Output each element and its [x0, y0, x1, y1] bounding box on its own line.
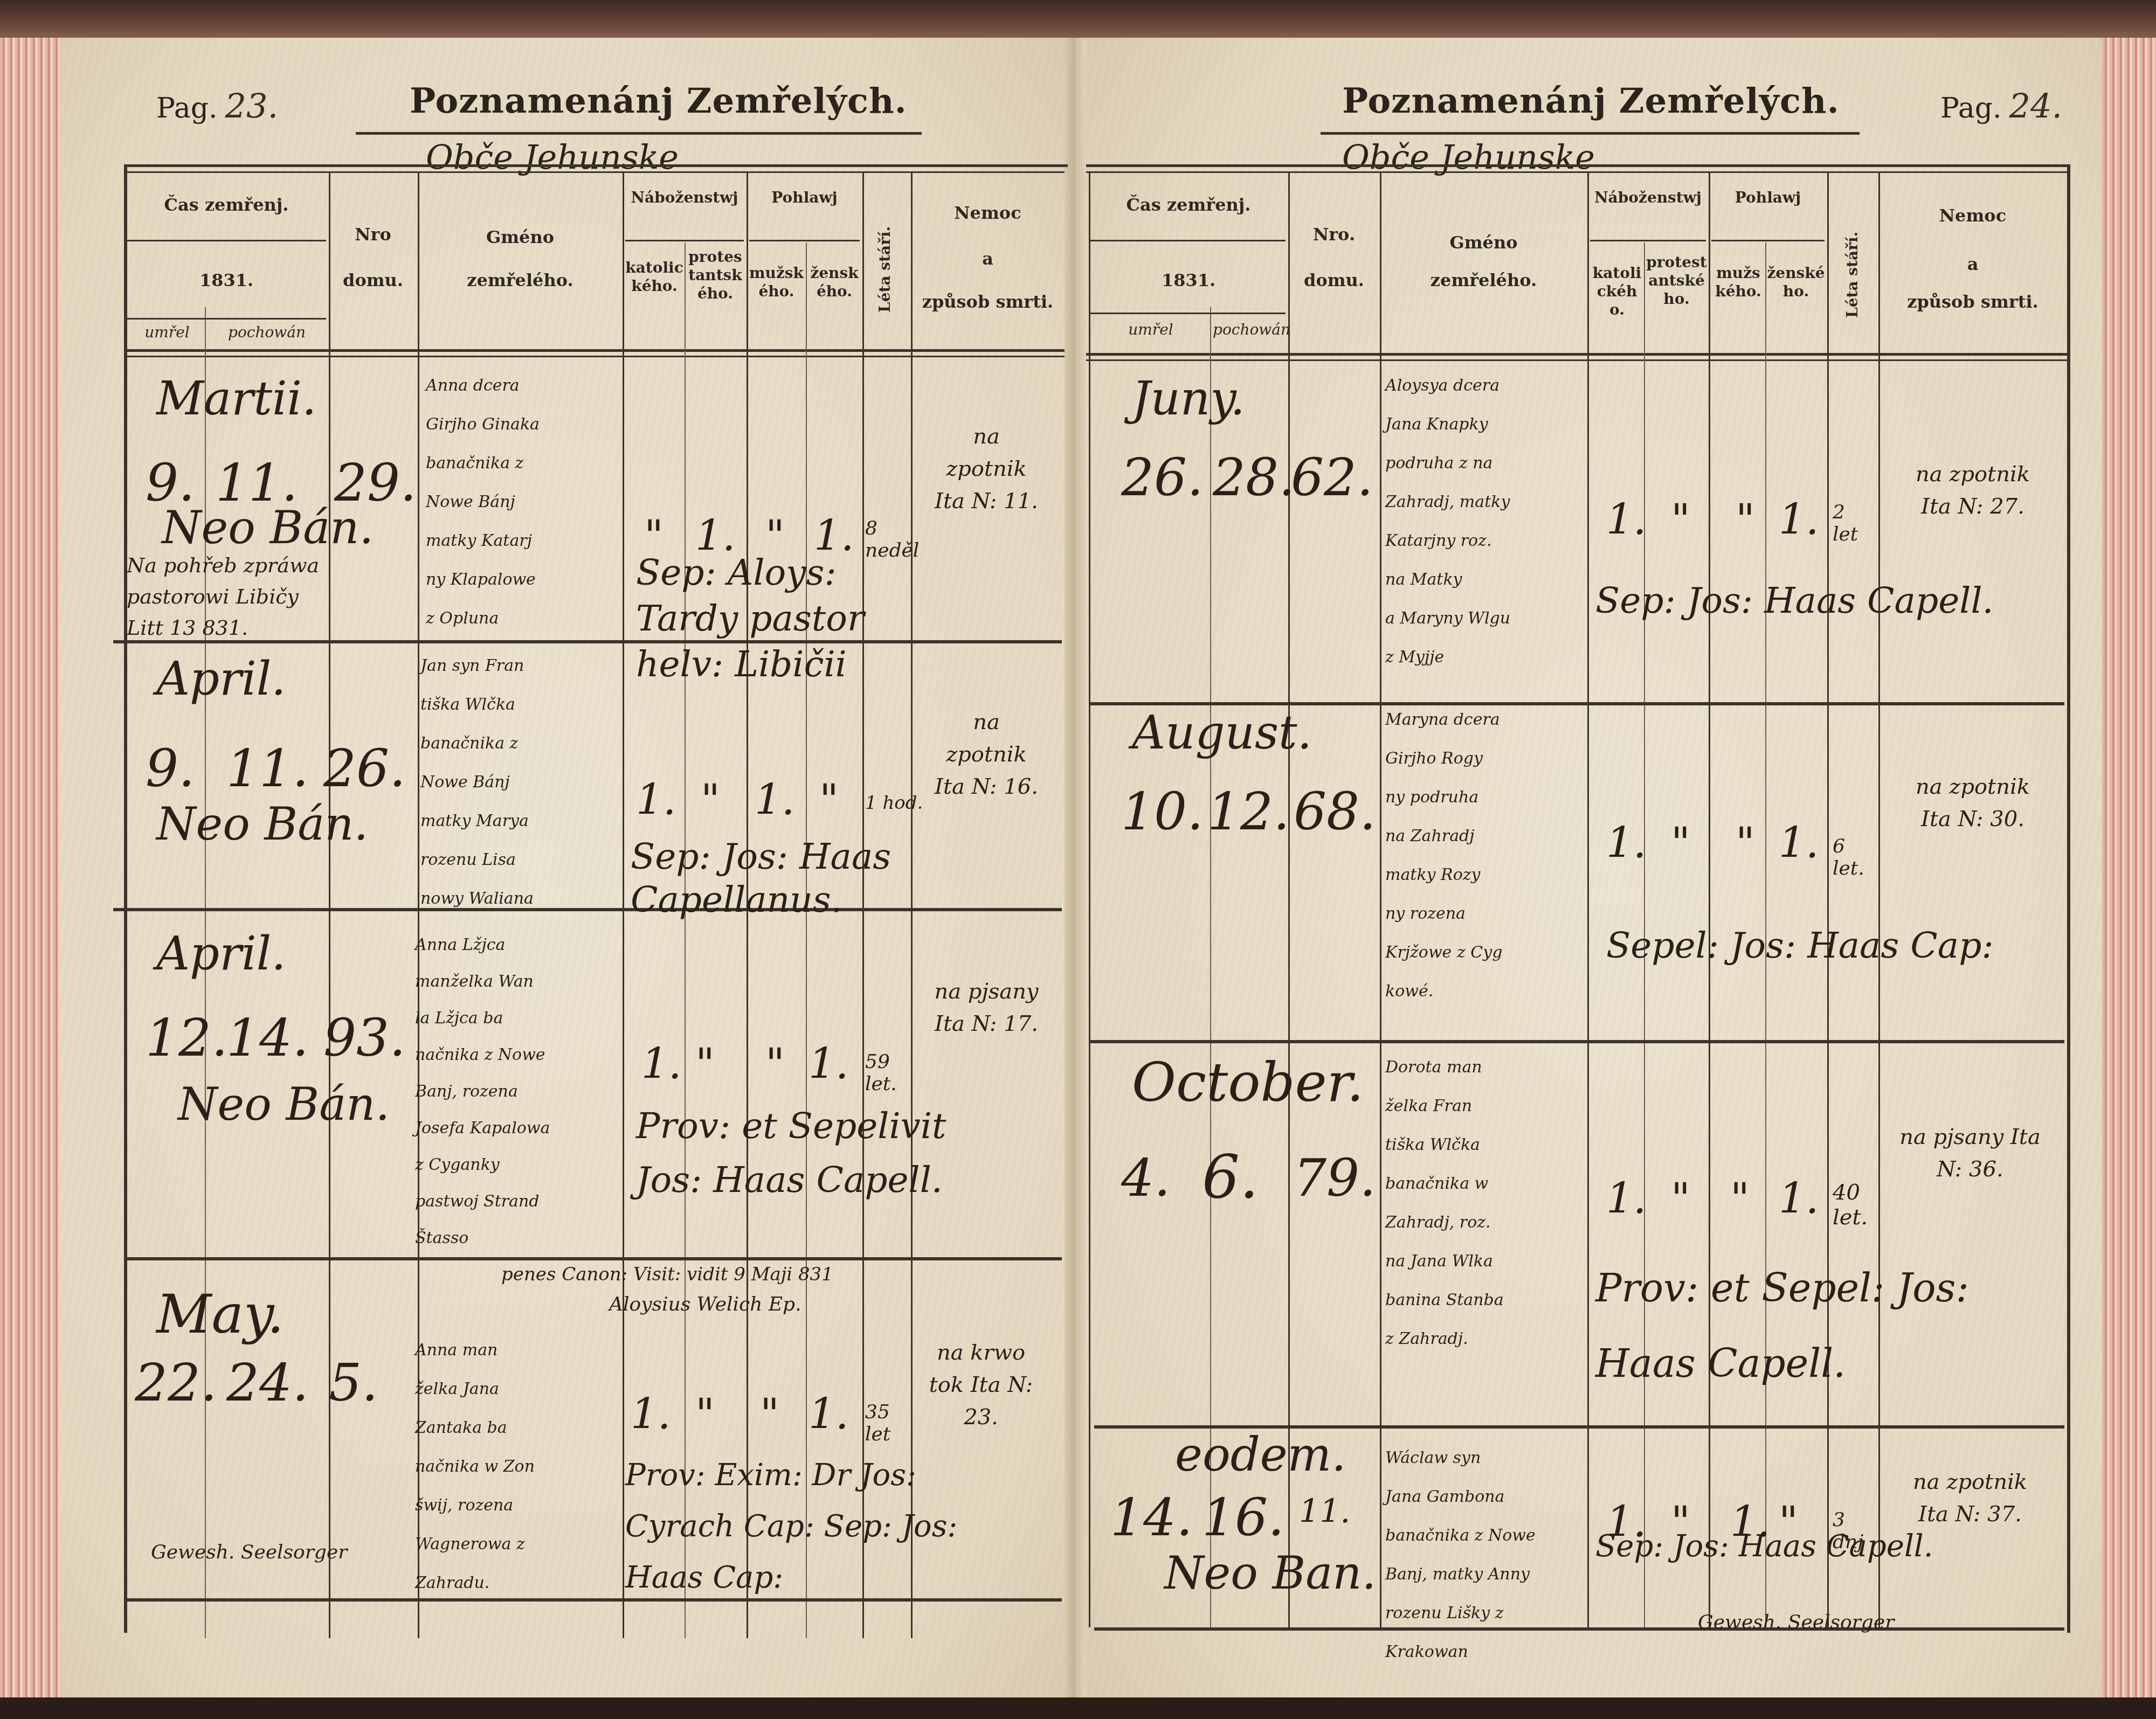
name-line: Nowe Bánj [426, 483, 588, 522]
header-name: Gméno [1383, 232, 1585, 253]
header-male: mužského. [1711, 264, 1765, 301]
entry-signature: Sep: Aloys: Tardy pastor helv: Libičii [636, 550, 938, 687]
entry-cause: na krwo tok Ita N: 23. [927, 1336, 1035, 1433]
entry-catholic: 1. [1606, 496, 1646, 544]
entry-died-day: 9. [146, 738, 195, 799]
name-line: Jan syn Fran [420, 647, 582, 685]
entry-buried-day: 11. [226, 738, 309, 799]
entry-female: " [819, 776, 839, 824]
entry-month: Martii. [156, 372, 316, 426]
name-line: Aloysya dcera [1385, 366, 1547, 405]
visitation-note: penes Canon: Visit: vidit 9 Maji 831 [501, 1264, 833, 1285]
name-line: Krjžowe z Cyg [1385, 933, 1547, 972]
header-cause-manner: způsob smrti. [914, 291, 1062, 313]
entry-died-day: 14. [1110, 1487, 1193, 1548]
entry-month: April. [156, 927, 286, 981]
book-gutter [1065, 38, 1086, 1700]
name-line: kowé. [1385, 972, 1547, 1011]
entry-male: " [765, 1040, 785, 1089]
entry-house-no: 26. [323, 738, 406, 799]
header-house-no: Nro [330, 224, 416, 245]
name-line: šwij, rozena [415, 1486, 577, 1525]
header-name-deceased: zemřelého. [1383, 269, 1585, 291]
entry-signature: Sep: Jos: Haas Capell. [1595, 577, 2059, 625]
name-line: tiška Wlčka [1385, 1126, 1547, 1165]
entry-cause: na zpotnik Ita N: 27. [1903, 458, 2043, 523]
col-line [806, 242, 807, 1638]
entry-signature: Prov: et Sepel: Jos: Haas Capell. [1595, 1250, 2059, 1401]
name-line: z Myjje [1385, 638, 1547, 677]
book-cover-top [0, 0, 2156, 43]
col-line [1709, 172, 1710, 1627]
name-line: Anna man [415, 1331, 577, 1370]
name-line: načnika w Zon [415, 1447, 577, 1486]
entry-female: 1. [1779, 819, 1819, 868]
col-line [1288, 172, 1290, 1627]
entry-buried-day: 16. [1202, 1487, 1284, 1548]
entry-name: Wáclaw syn Jana Gambona banačnika z Nowe… [1385, 1439, 1547, 1672]
name-line: Jana Gambona [1385, 1478, 1547, 1516]
entry-place: Neo Bán. [162, 501, 374, 554]
entry-cause: na zpotnik Ita N: 16. [932, 706, 1040, 803]
entry-male: " [760, 1390, 779, 1439]
entry-cause: na zpotnik Ita N: 30. [1903, 771, 2043, 835]
header-time-of-death: Čas zemřenj. [1091, 194, 1286, 216]
col-line [1587, 172, 1589, 1627]
entry-signature: Prov: et Sepelivit Jos: Haas Capell. [636, 1099, 959, 1207]
entry-died-day: 22. [135, 1353, 217, 1413]
pag-label: Pag. [1940, 92, 2001, 124]
header-religion: Náboženstwj [625, 189, 744, 207]
name-line: manželka Wan [415, 964, 577, 1000]
entry-margin-note: Gewesh. Seelsorger [151, 1541, 347, 1563]
entry-month: eodem. [1175, 1428, 1346, 1482]
header-protestant: protestantského. [686, 248, 745, 303]
col-line [329, 172, 330, 1638]
page-title-left: Poznamenánj Zemřelých. [410, 81, 907, 121]
header-cause: Nemoc [1881, 205, 2064, 226]
sub-rule [127, 240, 326, 241]
sub-rule [1711, 240, 1825, 241]
sub-rule [749, 240, 860, 241]
name-line: banina Stanba [1385, 1281, 1547, 1320]
entry-cause: na zpotnik Ita N: 11. [932, 420, 1040, 517]
name-line: načnika z Nowe [415, 1037, 577, 1073]
header-sex: Pohlawj [749, 189, 860, 207]
name-line: želka Jana [415, 1370, 577, 1409]
entry-name: Jan syn Fran tiška Wlčka banačnika z Now… [420, 647, 582, 918]
entry-margin-note: Na pohřeb zpráwa pastorowi Libičy Litt 1… [127, 550, 326, 643]
name-line: Dorota man [1385, 1048, 1547, 1087]
entry-buried-day: 12. [1207, 781, 1290, 842]
page-label-right: Pag.24. [1940, 86, 2062, 126]
name-line: banačnika z [420, 724, 582, 763]
entry-catholic: 1. [1606, 1175, 1646, 1223]
name-line: banačnika z Nowe [1385, 1516, 1547, 1555]
page-number: 23. [225, 86, 278, 126]
name-line: na Zahradj [1385, 817, 1547, 856]
entry-margin-note: Gewesh. Seelsorger [1698, 1611, 1894, 1633]
entry-male: 1. [755, 776, 794, 824]
sub-rule [1089, 240, 1286, 241]
name-line: Maryna dcera [1385, 701, 1547, 739]
entry-catholic: 1. [641, 1040, 681, 1089]
entry-name: Anna man želka Jana Zantaka ba načnika w… [415, 1331, 577, 1603]
header-male: mužského. [748, 264, 805, 301]
entry-separator [1089, 1040, 2064, 1043]
entry-house-no: 68. [1294, 781, 1376, 842]
entry-age: 59 let. [865, 1051, 911, 1095]
entry-died-day: 4. [1121, 1148, 1171, 1208]
name-line: banačnika w [1385, 1165, 1547, 1203]
header-cause-and: a [914, 248, 1062, 269]
header-house-no: Nro. [1291, 224, 1377, 245]
sub-rule [625, 240, 744, 241]
header-religion: Náboženstwj [1590, 189, 1706, 207]
header-female: ženského. [1767, 264, 1825, 301]
entry-signature: Prov: Exim: Dr Jos: Cyrach Cap: Sep: Jos… [625, 1450, 959, 1603]
entry-month: May. [156, 1283, 284, 1346]
entry-died-day: 12. [146, 1008, 228, 1068]
entry-cause: na zpotnik Ita N: 37. [1897, 1466, 2043, 1530]
entry-female: 1. [1779, 496, 1819, 544]
entry-age: 6 let. [1833, 835, 1876, 879]
header-buried: pochowán [208, 323, 326, 342]
name-line: z Zahradj. [1385, 1320, 1547, 1358]
entry-buried-day: 14. [226, 1008, 309, 1068]
entry-age: 35 let [865, 1401, 911, 1445]
name-line: Katarjny roz. [1385, 522, 1547, 560]
entry-place: Neo Bán. [156, 798, 368, 850]
header-died: umřel [1091, 321, 1210, 339]
entry-signature: Sep: Jos: Haas Capellanus. [631, 835, 954, 921]
entry-buried-day: 28. [1213, 447, 1295, 508]
entry-place: Neo Bán. [178, 1078, 390, 1131]
entry-protestant: " [695, 1040, 715, 1089]
name-line: nowy Waliana [420, 879, 582, 918]
page-number: 24. [2009, 86, 2062, 126]
name-line: rozenu Lišky z [1385, 1594, 1547, 1633]
name-line: Girjho Ginaka [426, 405, 588, 444]
name-line: la Lžjca ba [415, 1000, 577, 1037]
name-line: na Matky [1385, 560, 1547, 599]
col-line [1878, 172, 1880, 1627]
name-line: Banj, rozena [415, 1073, 577, 1110]
book-cover-bottom [0, 1697, 2156, 1719]
header-time-of-death: Čas zemřenj. [129, 194, 323, 216]
entry-buried-day: 24. [226, 1353, 309, 1413]
header-catholic: katolického. [1590, 264, 1644, 319]
name-line: Jana Knapky [1385, 405, 1547, 444]
name-line: Wáclaw syn [1385, 1439, 1547, 1478]
entry-protestant: " [701, 776, 720, 824]
entry-catholic: 1. [1606, 819, 1646, 868]
entry-male: " [1736, 496, 1755, 544]
header-name-deceased: zemřelého. [420, 269, 620, 291]
name-line: matky Rozy [1385, 856, 1547, 895]
col-line [623, 172, 624, 1638]
col-line [685, 242, 686, 1638]
entry-house-no: 5. [329, 1353, 378, 1413]
entry-buried-day: 6. [1202, 1142, 1259, 1211]
header-age: Léta stáří. [1843, 210, 1862, 339]
name-line: z Opluna [426, 599, 588, 638]
sub-rule [1590, 240, 1706, 241]
entry-protestant: " [1671, 496, 1690, 544]
name-line: z Cyganky [415, 1147, 577, 1183]
entry-name: Anna dcera Girjho Ginaka banačnika z Now… [426, 366, 588, 638]
name-line: ny Klapalowe [426, 560, 588, 599]
entry-house-no: 11. [1299, 1493, 1350, 1530]
sub-rule [1089, 313, 1286, 314]
header-buried: pochowán [1213, 321, 1288, 339]
name-line: ny rozena [1385, 895, 1547, 933]
entry-protestant: " [1671, 1175, 1690, 1223]
col-line [1380, 172, 1381, 1627]
name-line: a Maryny Wlgu [1385, 599, 1547, 638]
entry-age: 1 hod. [865, 792, 911, 814]
header-died: umřel [129, 323, 205, 342]
entry-male: " [1736, 819, 1755, 868]
entry-protestant: " [695, 1390, 715, 1439]
name-line: Wagnerowa z [415, 1525, 577, 1564]
entry-house-no: 62. [1291, 447, 1373, 508]
header-cause-and: a [1881, 253, 2064, 275]
entry-separator [1094, 1627, 2064, 1631]
name-line: ny podruha [1385, 778, 1547, 817]
name-line: Josefa Kapalowa [415, 1110, 577, 1147]
header-female: ženského. [807, 264, 861, 301]
entry-name: Aloysya dcera Jana Knapky podruha z na Z… [1385, 366, 1547, 677]
header-year: 1831. [129, 269, 323, 291]
header-cause: Nemoc [914, 202, 1062, 224]
header-name: Gméno [420, 226, 620, 248]
entry-house-no: 79. [1294, 1148, 1376, 1208]
entry-cause: na pjsany Ita N: 17. [932, 975, 1040, 1040]
name-line: Nowe Bánj [420, 763, 582, 802]
entry-month: Juny. [1132, 372, 1245, 426]
double-rule [124, 171, 1065, 173]
entry-female: 1. [808, 1390, 848, 1439]
entry-cause: na pjsany Ita N: 36. [1897, 1121, 2043, 1186]
header-sex: Pohlawj [1711, 189, 1825, 207]
visitation-signature: Aloysius Welich Ep. [609, 1293, 801, 1315]
name-line: Zantaka ba [415, 1409, 577, 1447]
header-protestant: protestantského. [1646, 253, 1708, 308]
page-label-left: Pag.23. [156, 86, 278, 126]
header-house: domu. [330, 269, 416, 291]
header-bottom-rule [1086, 353, 2067, 356]
entry-separator [1089, 702, 2064, 705]
col-line [1827, 172, 1829, 1627]
name-line: na Jana Wlka [1385, 1242, 1547, 1281]
header-cause-manner: způsob smrti. [1881, 291, 2064, 313]
entry-died-day: 26. [1121, 447, 1204, 508]
name-line: matky Katarj [426, 522, 588, 560]
entry-died-day: 10. [1121, 781, 1204, 842]
name-line: Banj, matky Anny [1385, 1555, 1547, 1594]
entry-catholic: 1. [631, 1390, 671, 1439]
name-line: Zahradj, roz. [1385, 1203, 1547, 1242]
sub-rule [127, 318, 326, 320]
entry-female: 1. [808, 1040, 848, 1089]
entry-separator [124, 1257, 1062, 1260]
header-bottom-rule-2 [1086, 359, 2067, 361]
entry-name: Dorota man želka Fran tiška Wlčka banačn… [1385, 1048, 1547, 1358]
header-year: 1831. [1091, 269, 1286, 291]
name-line: pastwoj Strand [415, 1183, 577, 1220]
right-page-edges [2102, 38, 2156, 1700]
double-rule [1086, 171, 2067, 173]
entry-month: August. [1132, 706, 1312, 760]
name-line: Zahradu. [415, 1564, 577, 1603]
entry-protestant: " [1671, 819, 1690, 868]
entry-signature: Sepel: Jos: Haas Cap: [1606, 916, 2059, 975]
entry-month: April. [156, 652, 286, 706]
name-line: Krakowan [1385, 1633, 1547, 1672]
name-line: Anna dcera [426, 366, 588, 405]
name-line: podruha z na [1385, 444, 1547, 483]
entry-name: Anna Lžjca manželka Wan la Lžjca ba načn… [415, 927, 577, 1257]
page-title-right: Poznamenánj Zemřelých. [1342, 81, 1840, 121]
name-line: Zahradj, matky [1385, 483, 1547, 522]
name-line: banačnika z [426, 444, 588, 483]
entry-name: Maryna dcera Girjho Rogy ny podruha na Z… [1385, 701, 1547, 1011]
entry-catholic: 1. [636, 776, 676, 824]
entry-male: " [1730, 1175, 1750, 1223]
entry-signature: Sep: Jos: Haas Capell. [1595, 1525, 2059, 1568]
entry-age: 40 let. [1833, 1180, 1876, 1230]
pag-label: Pag. [156, 92, 217, 124]
title-rule [1321, 132, 1860, 135]
header-bottom-rule [124, 349, 1065, 352]
title-rule [356, 132, 922, 135]
name-line: rozenu Lisa [420, 841, 582, 879]
col-line [1089, 172, 1090, 1627]
entry-place: Neo Ban. [1164, 1547, 1376, 1599]
name-line: Anna Lžjca [415, 927, 577, 964]
name-line: matky Marya [420, 802, 582, 841]
left-page-edges [0, 38, 59, 1700]
header-bottom-rule-2 [124, 356, 1065, 357]
header-age: Léta stáří. [876, 205, 894, 334]
header-catholic: katolického. [625, 259, 683, 295]
name-line: želka Fran [1385, 1087, 1547, 1126]
entry-house-no: 93. [323, 1008, 406, 1068]
entry-month: October. [1132, 1051, 1364, 1114]
name-line: Štasso [415, 1220, 577, 1257]
name-line: tiška Wlčka [420, 685, 582, 724]
entry-age: 2 let [1833, 501, 1876, 545]
name-line: Girjho Rogy [1385, 739, 1547, 778]
header-house: domu. [1291, 269, 1377, 291]
entry-female: 1. [1779, 1175, 1819, 1223]
